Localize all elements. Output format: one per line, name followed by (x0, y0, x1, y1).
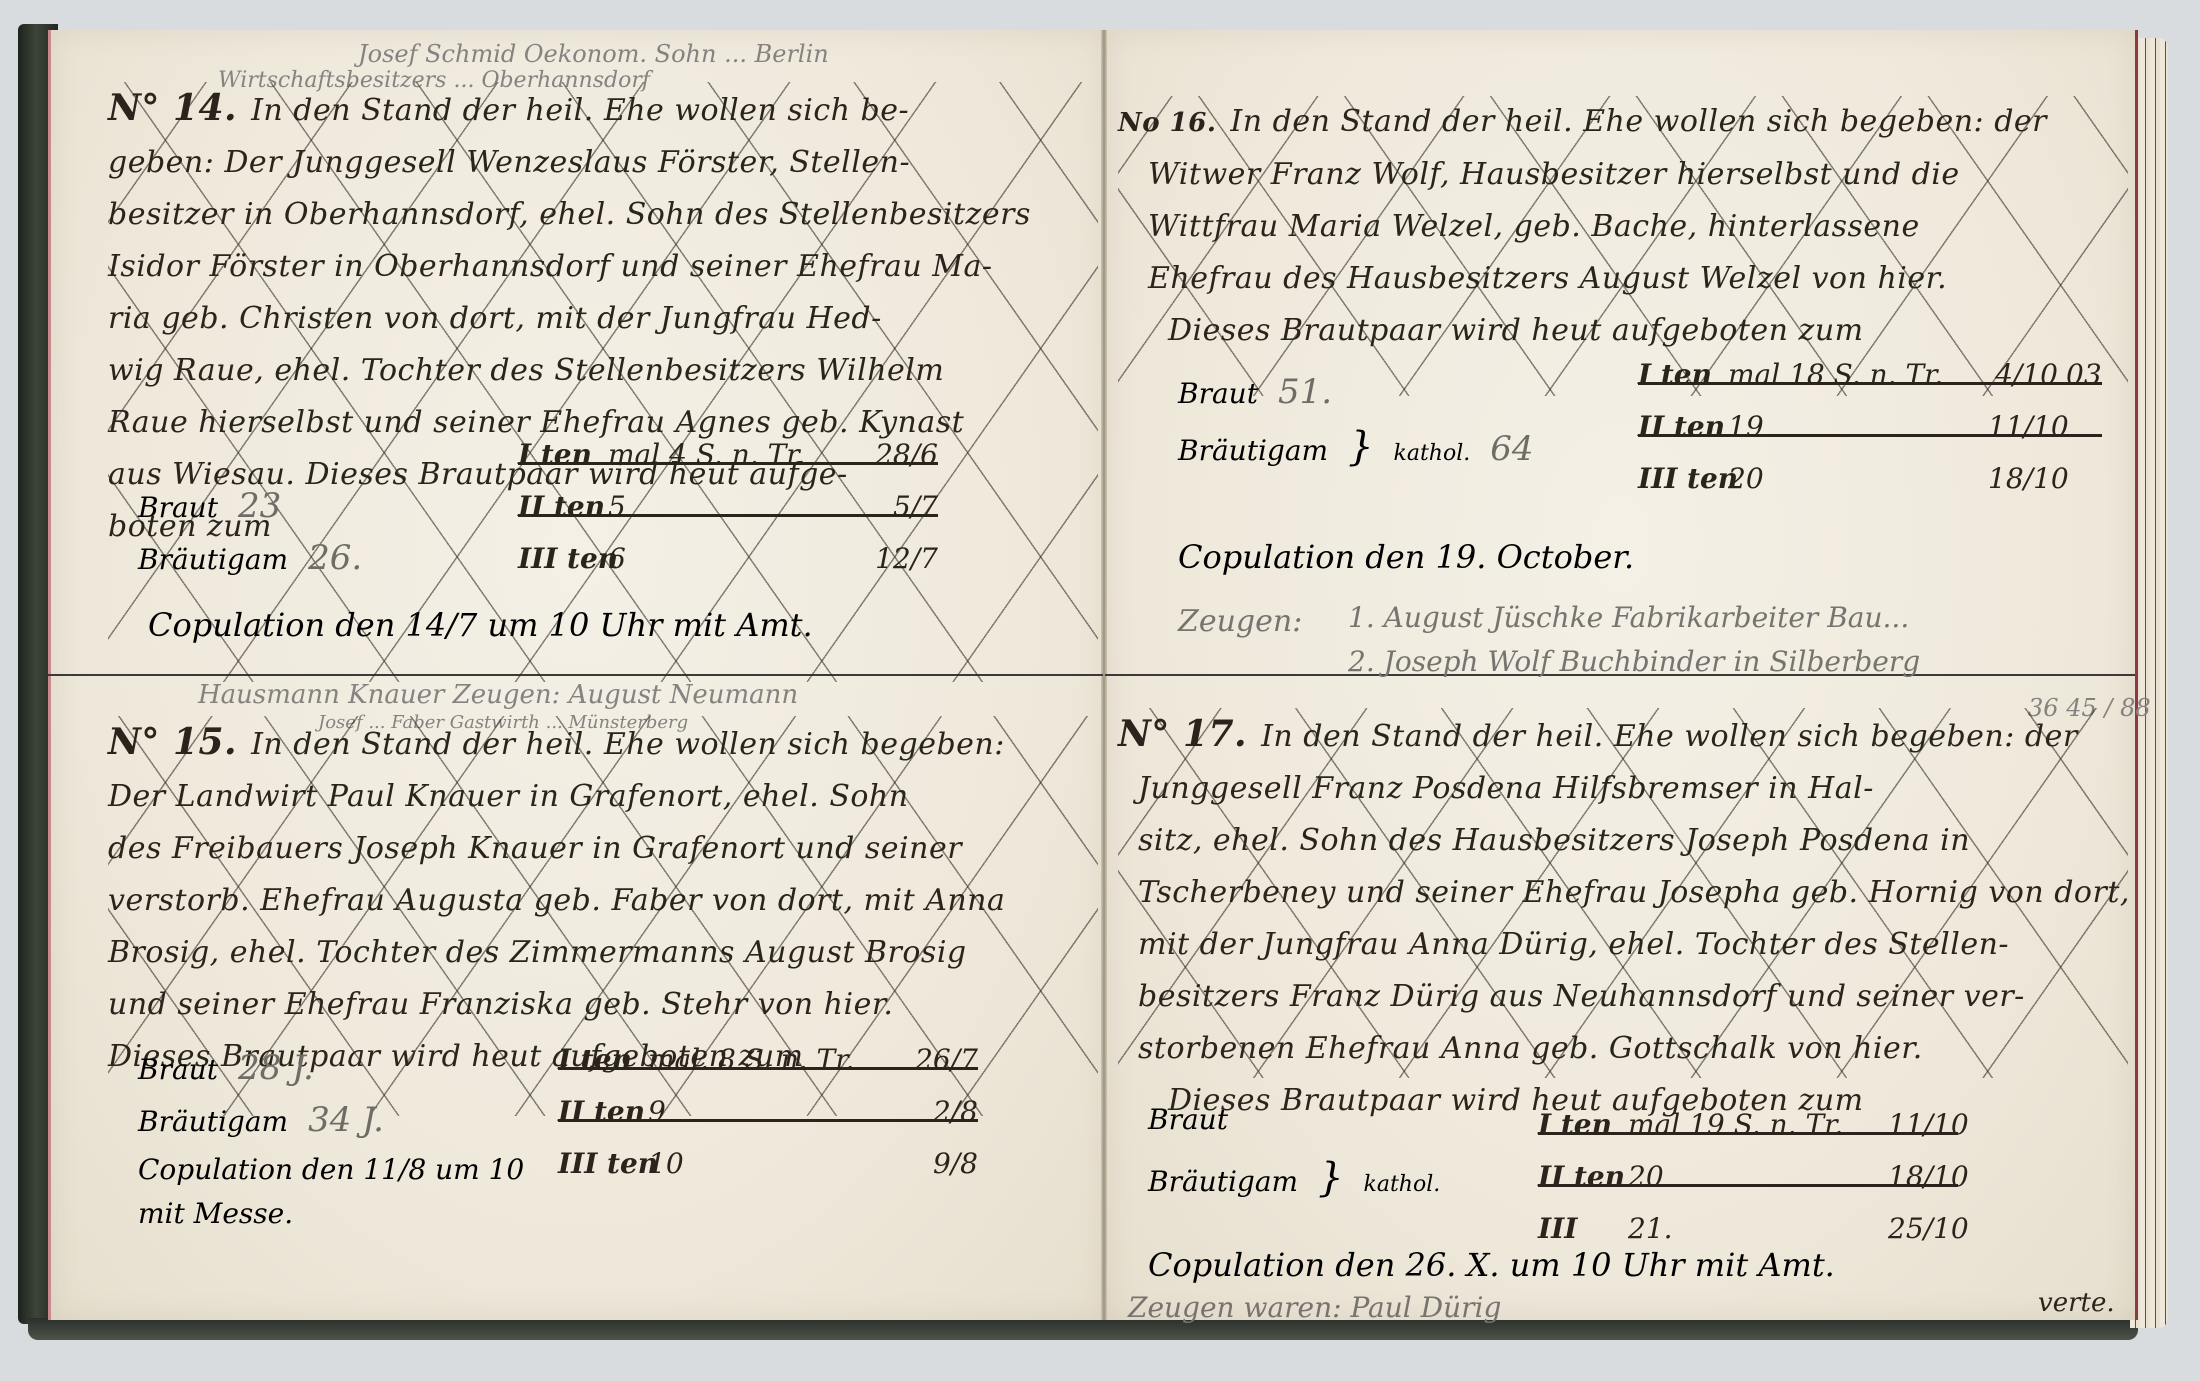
entry-14-line-5: ria geb. Christen von dort, mit der Jung… (108, 293, 1098, 345)
religion: kathol. (1364, 1172, 1441, 1197)
entry-16-witness-2: 2. Joseph Wolf Buchbinder in Silberberg (1348, 640, 1920, 684)
entry-17-ages: Braut Bräutigam}kathol. (1148, 1103, 1440, 1207)
groom-age: 34 J. (308, 1100, 384, 1140)
entry-17-line-4: Tscherbeney und seiner Ehefrau Josepha g… (1118, 867, 2128, 919)
bride-age: 28 J. (238, 1048, 314, 1088)
groom-age: 64 (1490, 429, 1533, 469)
entry-14-banns-table: I tenmal 4 S. n. Tr.28/6 II ten55/7 III … (518, 438, 938, 594)
entry-14-line-3: besitzer in Oberhannsdorf, ehel. Sohn de… (108, 189, 1098, 241)
open-register-book: Josef Schmid Oekonom. Sohn ... Berlin Wi… (18, 18, 2168, 1358)
entry-14-line-6: wig Raue, ehel. Tochter des Stellenbesit… (108, 345, 1098, 397)
entry-14-line-1: N° 14.In den Stand der heil. Ehe wollen … (108, 82, 1098, 137)
entry-16: No 16.In den Stand der heil. Ehe wollen … (1118, 96, 2128, 396)
entry-14-line-2: geben: Der Junggesell Wenzeslaus Förster… (108, 137, 1098, 189)
entry-17-line-2: Junggesell Franz Posdena Hilfsbremser in… (1118, 763, 2128, 815)
entry-16-banns-table: I tenmal 18 S. n. Tr.4/1003 II ten1911/1… (1638, 358, 2102, 514)
entry-15-line-5: Brosig, ehel. Tochter des Zimmermanns Au… (108, 927, 1098, 979)
entry-17-line-1: N° 17.In den Stand der heil. Ehe wollen … (1118, 708, 2128, 763)
entry-17-witnesses: Zeugen waren: Paul Dürig (1128, 1286, 1501, 1330)
entry-16-line-2: Witwer Franz Wolf, Hausbesitzer hierselb… (1118, 149, 2128, 201)
entry-16-witness-1: 1. August Jüschke Fabrikarbeiter Bau... (1348, 596, 1909, 640)
religion: kathol. (1394, 441, 1471, 466)
entry-15-copulation: Copulation den 11/8 um 10 mit Messe. (138, 1148, 558, 1236)
entry-17-copulation: Copulation den 26. X. um 10 Uhr mit Amt. (1148, 1246, 1835, 1284)
entry-16-line-3: Wittfrau Maria Welzel, geb. Bache, hinte… (1118, 201, 2128, 253)
entry-14-ages: Braut23 Bräutigam26. (138, 486, 362, 590)
entry-17-line-5: mit der Jungfrau Anna Dürig, ehel. Tocht… (1118, 919, 2128, 971)
entry-16-line-1: No 16.In den Stand der heil. Ehe wollen … (1118, 96, 2128, 149)
entry-17-line-7: storbenen Ehefrau Anna geb. Gottschalk v… (1118, 1023, 2128, 1075)
entry-14-pencil-note-1: Josef Schmid Oekonom. Sohn ... Berlin (358, 40, 829, 68)
entry-16-copulation: Copulation den 19. October. (1178, 538, 1634, 576)
entry-17-line-3: sitz, ehel. Sohn des Hausbesitzers Josep… (1118, 815, 2128, 867)
entry-15-pencil-note-1: Hausmann Knauer Zeugen: August Neumann (198, 680, 798, 710)
entry-14-number: N° 14. (108, 87, 237, 129)
entry-14-line-4: Isidor Förster in Oberhannsdorf und sein… (108, 241, 1098, 293)
entry-16-line-4: Ehefrau des Hausbesitzers August Welzel … (1118, 253, 2128, 305)
entry-16-number: No 16. (1118, 108, 1216, 138)
verte-note: verte. (2038, 1288, 2115, 1318)
entry-14-copulation: Copulation den 14/7 um 10 Uhr mit Amt. (148, 606, 813, 644)
entry-15-line-2: Der Landwirt Paul Knauer in Grafenort, e… (108, 771, 1098, 823)
bride-age: 23 (238, 486, 281, 526)
entry-17: N° 17.In den Stand der heil. Ehe wollen … (1118, 708, 2128, 1078)
entry-16-ages: Braut51. Bräutigam}kathol.64 (1178, 372, 1534, 476)
entry-17-number: N° 17. (1118, 713, 1247, 755)
entry-15-ages: Braut28 J. Bräutigam34 J. (138, 1048, 384, 1152)
entry-16-line-5: Dieses Brautpaar wird heut aufgeboten zu… (1118, 305, 2128, 357)
entry-17-line-6: besitzers Franz Dürig aus Neuhannsdorf u… (1118, 971, 2128, 1023)
entry-15-banns-table: I tenmal. 8 S. n. Tr.26/7 II ten92/8 III… (558, 1043, 978, 1199)
entry-15-line-3: des Freibauers Joseph Knauer in Grafenor… (108, 823, 1098, 875)
entry-16-witnesses-label: Zeugen: (1178, 600, 1302, 644)
entry-17-banns-table: I tenmal 19 S. n. Tr.11/10 II ten2018/10… (1538, 1108, 1958, 1264)
entry-15-line-4: verstorb. Ehefrau Augusta geb. Faber von… (108, 875, 1098, 927)
bride-age: 51. (1278, 372, 1332, 412)
groom-age: 26. (308, 538, 362, 578)
entry-15-number: N° 15. (108, 721, 237, 763)
entry-15-line-6: und seiner Ehefrau Franziska geb. Stehr … (108, 979, 1098, 1031)
book-bottom-cover (28, 1318, 2138, 1340)
entry-15-line-1: N° 15.In den Stand der heil. Ehe wollen … (108, 716, 1098, 771)
